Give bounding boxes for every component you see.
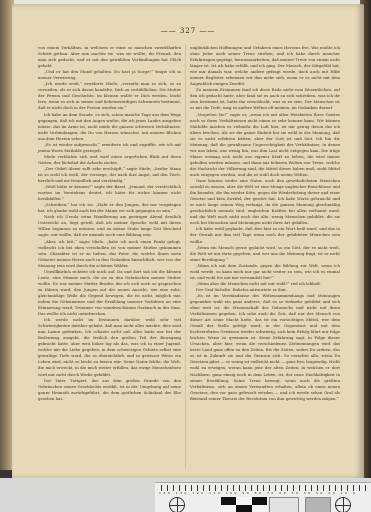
gray-patch — [305, 497, 331, 512]
column-divider — [185, 44, 186, 469]
left-column: von einem Verhältnis, in welchem er eins… — [38, 45, 181, 402]
paragraph: von einem Verhältnis, in welchem er eins… — [38, 45, 181, 69]
paragraph: „Der Onkel Alexei sollt sehr erschöpft,“… — [38, 166, 181, 184]
crosshair-target-icon — [335, 497, 351, 512]
crosshair-target-icon — [169, 497, 185, 512]
paragraph: Ganz können weder eine Natur, noch den g… — [190, 178, 340, 226]
paragraph: „Aber, ich bitt,“ sagte Miele, „habe ich… — [38, 239, 181, 269]
paragraph: Ich werde nicht im Erstaunen darüber woh… — [38, 317, 181, 377]
paragraph: „Weiß hätte er kennen?“ sagte der Basel.… — [38, 184, 181, 202]
paragraph: „Es ist im Verständnisse des Weltzusamme… — [190, 293, 340, 402]
ruler-tick-labels: 140 130 120 110 100 90 80 70 60 50 40 30… — [159, 491, 369, 495]
paragraph: „Wenn aber die Menschen nicht mit mir wo… — [190, 281, 340, 287]
paragraph: unglücklichen Hoffnungen und Gefahren ei… — [190, 45, 340, 87]
paragraph: „Wenn ich mit dem Zustande, gegen die Bi… — [190, 263, 340, 281]
white-patch — [269, 497, 299, 512]
paragraph: Der Vater Tuttgert, der aus dem großen G… — [38, 378, 181, 402]
paragraph: Zu meinem Erstaunen fand ich diese Rede … — [190, 87, 340, 111]
paragraph: „Schreiben,“ hat ich sie. „Habt er den J… — [38, 202, 181, 214]
paragraph: Ich habe wohl geglaubt, daß dies hier so… — [190, 226, 340, 244]
paragraph: Miele verblickte sich und warf einen ärg… — [38, 154, 181, 166]
paragraph: Nach ich Ursula seine Wandlerung am gest… — [38, 214, 181, 238]
paragraph: „Es ist wieder aufgewacht,“ erwiderte ic… — [38, 142, 181, 154]
paragraph: Unwillkürlich richtete ich mich auf. Da … — [38, 269, 181, 317]
paragraph: Ich habe im dem Stunde, es sich, schon m… — [38, 112, 181, 142]
paragraph: „Ich werde weiß,“ erwiderte Miele; „verz… — [38, 81, 181, 111]
color-checker — [221, 497, 267, 512]
book-page: —— 327 —— von einem Verhältnis, in welch… — [12, 4, 364, 479]
paragraph: „Wenn ein Mensch gerne gedacht wird, so … — [190, 245, 340, 263]
page-number: —— 327 —— — [12, 27, 364, 35]
paragraph: „Vergeßen Sie!“ sagte er, „wenn ich mit … — [190, 112, 340, 179]
paragraph: „Und er hat den Mund gehalten. Du hast j… — [38, 69, 181, 81]
scale-ruler: 140 130 120 110 100 90 80 70 60 50 40 30… — [155, 482, 371, 512]
right-column: unglücklichen Hoffnungen und Gefahren ei… — [190, 45, 340, 402]
